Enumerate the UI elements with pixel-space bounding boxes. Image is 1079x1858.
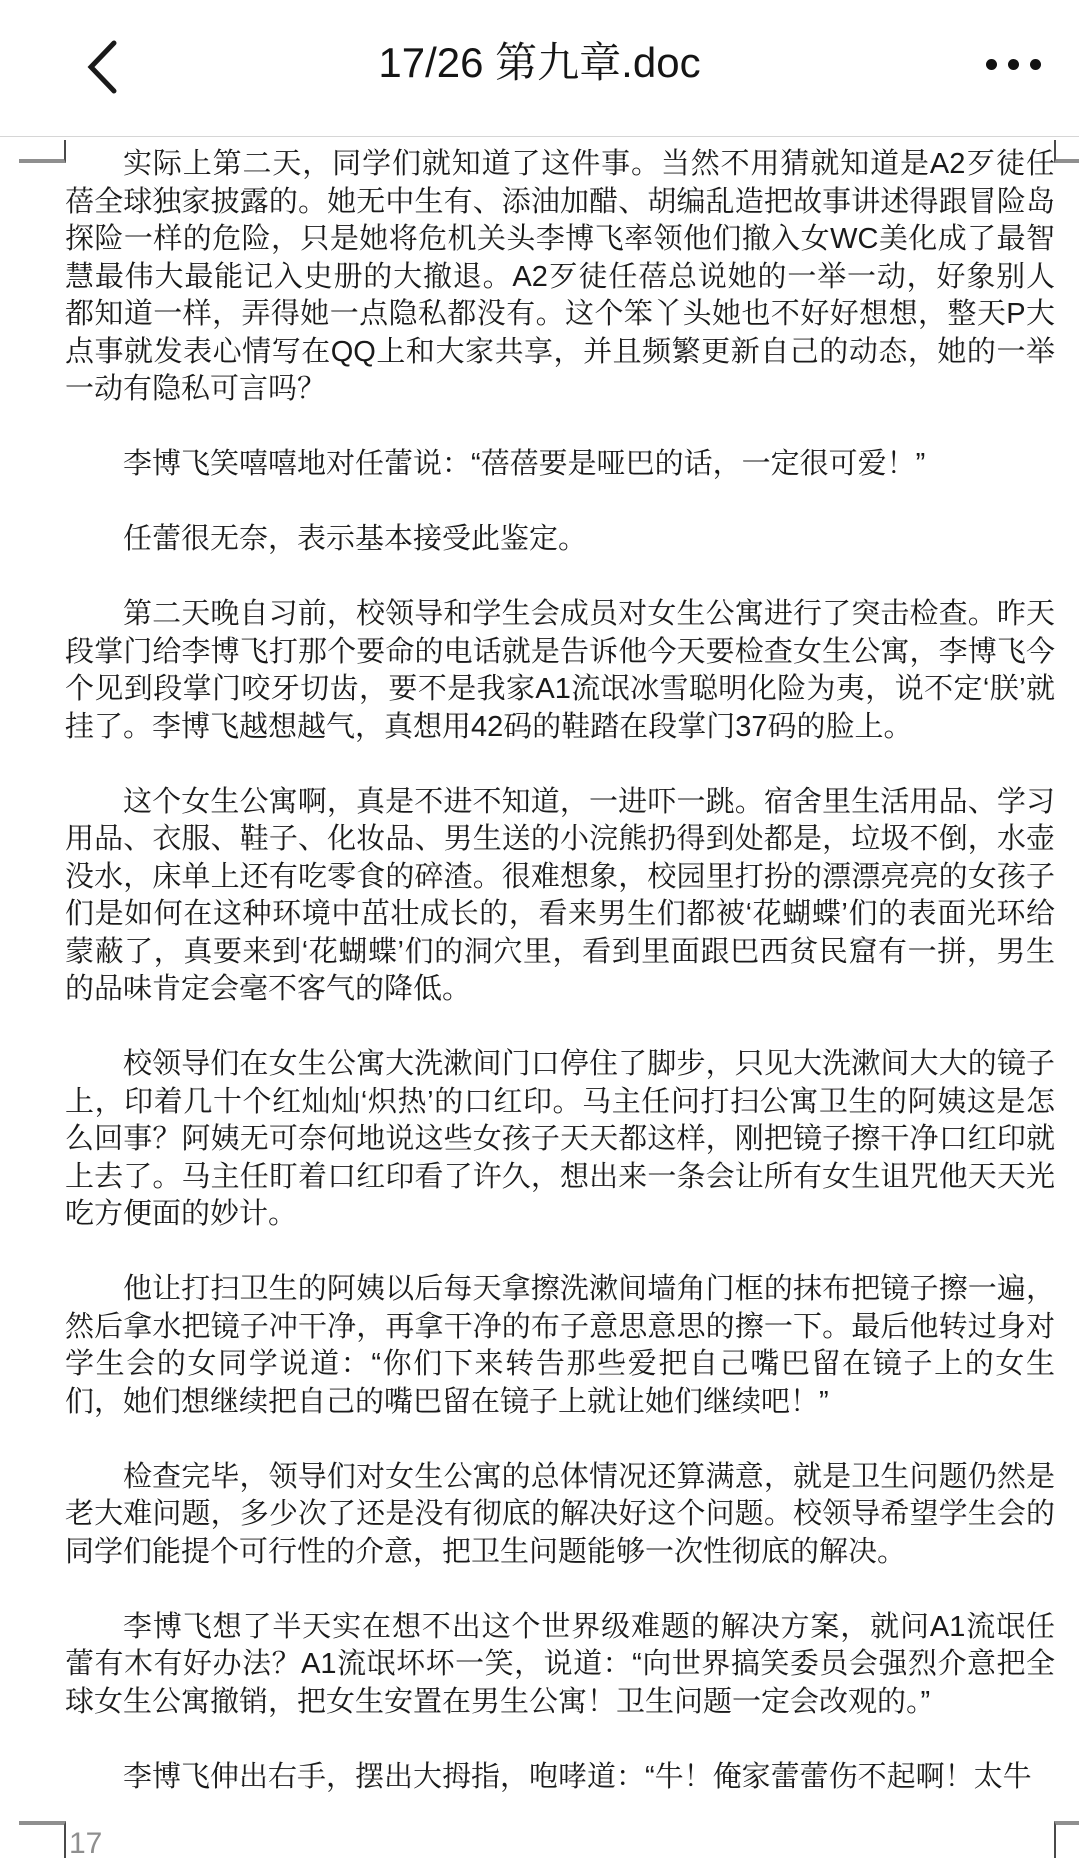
document-body-text: 实际上第二天，同学们就知道了这件事。当然不用猜就知道是A2歹徒任蓓全球独家披露的… [65,146,1055,1834]
paragraph: 他让打扫卫生的阿姨以后每天拿擦洗漱间墙角门框的抹布把镜子擦一遍，然后拿水把镜子冲… [65,1271,1055,1421]
margin-mark-bottom-right [1054,1821,1079,1858]
paragraph: 实际上第二天，同学们就知道了这件事。当然不用猜就知道是A2歹徒任蓓全球独家披露的… [65,146,1055,409]
paragraph: 李博飞想了半天实在想不出这个世界级难题的解决方案，就问A1流氓任蕾有木有好办法？… [65,1609,1055,1722]
document-page[interactable]: 实际上第二天，同学们就知道了这件事。当然不用猜就知道是A2歹徒任蓓全球独家披露的… [0,138,1079,1858]
margin-mark-top-right [1054,140,1079,163]
ellipsis-icon [1008,59,1019,70]
paragraph: 第二天晚自习前，校领导和学生会成员对女生公寓进行了突击检查。昨天段掌门给李博飞打… [65,596,1055,746]
more-options-button[interactable] [965,22,1061,106]
page-number: 17 [69,1827,102,1858]
paragraph: 李博飞笑嘻嘻地对任蕾说：“蓓蓓要是哑巴的话，一定很可爱！” [65,446,1055,484]
paragraph: 校领导们在女生公寓大洗漱间门口停住了脚步，只见大洗漱间大大的镜子上，印着几十个红… [65,1046,1055,1234]
paragraph: 检查完毕，领导们对女生公寓的总体情况还算满意，就是卫生问题仍然是老大难问题，多少… [65,1459,1055,1572]
ellipsis-icon [986,59,997,70]
paragraph: 任蕾很无奈，表示基本接受此鉴定。 [65,521,1055,559]
document-viewer-header: 17/26 第九章.doc [0,0,1079,137]
margin-mark-top-left [19,140,66,163]
ellipsis-icon [1030,59,1041,70]
paragraph: 李博飞伸出右手，摆出大拇指，咆哮道：“牛！俺家蕾蕾伤不起啊！太牛 [65,1759,1055,1797]
margin-mark-bottom-left [19,1821,66,1858]
paragraph: 这个女生公寓啊，真是不进不知道，一进吓一跳。宿舍里生活用品、学习用品、衣服、鞋子… [65,784,1055,1009]
document-title: 17/26 第九章.doc [0,34,1079,92]
